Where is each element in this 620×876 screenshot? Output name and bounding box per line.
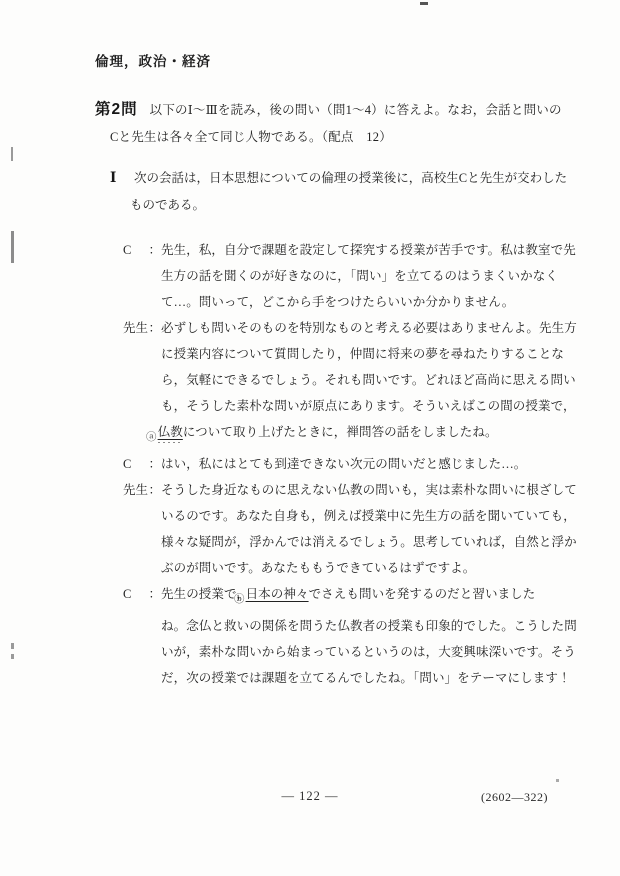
speaker-label: 先生： xyxy=(123,477,161,503)
dialog-line: に授業内容について質問したり，仲間に将来の夢を尋ねたりすることな xyxy=(123,341,581,367)
dialog-text: そうした身近なものに思えない仏教の問いも，実は素朴な問いに根ざして xyxy=(161,477,581,503)
question-intro-line-2: Cと先生は各々全て同じ人物である。（配点 12） xyxy=(110,124,580,151)
dialog-text: に授業内容について質問したり，仲間に将来の夢を尋ねたりすることな xyxy=(161,341,581,367)
speaker-colon: ： xyxy=(148,315,161,341)
subject-title: 倫理，政治・経済 xyxy=(95,50,211,70)
speaker-label-spacer xyxy=(123,503,161,529)
speaker-label-spacer xyxy=(123,289,161,315)
speaker-label-spacer xyxy=(123,555,161,581)
speaker-name: C xyxy=(123,237,131,263)
question-intro-line-1: 以下のⅠ～Ⅲを読み，後の問い（問1～4）に答えよ。なお，会話と問いの xyxy=(150,97,562,124)
scan-artifact xyxy=(11,654,14,659)
speaker-label-spacer xyxy=(123,639,161,665)
dialog: C：先生，私，自分で課題を設定して探究する授業が苦手です。私は教室で先生方の話を… xyxy=(123,237,581,691)
exam-page: 倫理，政治・経済 第2問 以下のⅠ～Ⅲを読み，後の問い（問1～4）に答えよ。なお… xyxy=(0,0,620,876)
dialog-line: ⓐ仏教について取り上げたときに，禅問答の話をしましたね。 xyxy=(123,419,581,451)
dialog-line: ら，気軽にできるでしょう。それも問いです。どれほど高尚に思える問い xyxy=(123,367,581,393)
dialog-text: 必ずしも問いそのものを特別なものと考える必要はありませんよ。先生方 xyxy=(161,315,581,341)
speaker-name: 先生 xyxy=(123,477,148,503)
dialog-text: 生方の話を聞くのが好きなのに，「問い」を立てるのはうまくいかなく xyxy=(161,263,581,289)
dialog-line: も，そうした素朴な問いが原点にあります。そういえばこの間の授業で， xyxy=(123,393,581,419)
speaker-label-spacer xyxy=(123,341,161,367)
dialog-text: 様々な疑問が，浮かんでは消えるでしょう。思考していれば，自然と浮か xyxy=(161,529,581,555)
speaker-label: C： xyxy=(123,237,161,263)
dialog-line: C：先生の授業で，ⓑ日本の神々でさえも問いを発するのだと習いました xyxy=(123,581,581,613)
speaker-colon: ： xyxy=(148,581,161,613)
dialog-line: ね。念仏と救いの関係を問うた仏教者の授業も印象的でした。こうした問 xyxy=(123,613,581,639)
speaker-label-spacer xyxy=(123,367,161,393)
speaker-label-spacer xyxy=(123,263,161,289)
circled-letter-marker: ⓐ xyxy=(146,432,157,443)
section-1: Ⅰ 次の会話は，日本思想についての倫理の授業後に，高校生Cと先生が交わした もの… xyxy=(110,164,580,219)
dialog-line: C：先生，私，自分で課題を設定して探究する授業が苦手です。私は教室で先 xyxy=(123,237,581,263)
section-label: Ⅰ xyxy=(110,164,134,191)
dialog-text: いるのです。あなた自身も，例えば授業中に先生方の話を聞いていても， xyxy=(161,503,581,529)
speaker-label-spacer xyxy=(123,529,161,555)
section-intro-line-2: ものである。 xyxy=(130,192,580,219)
dialog-text: 先生，私，自分で課題を設定して探究する授業が苦手です。私は教室で先 xyxy=(161,237,581,263)
speaker-name: C xyxy=(123,451,131,477)
scan-artifact xyxy=(11,643,14,649)
speaker-name: 先生 xyxy=(123,315,148,341)
dialog-line: 生方の話を聞くのが好きなのに，「問い」を立てるのはうまくいかなく xyxy=(123,263,581,289)
dialog-text: て…。問いって，どこから手をつけたらいいか分かりません。 xyxy=(161,289,581,315)
dialog-line: いが，素朴な問いから始まっているというのは，大変興味深いです。そう xyxy=(123,639,581,665)
section-intro-line-1: 次の会話は，日本思想についての倫理の授業後に，高校生Cと先生が交わした xyxy=(134,165,567,192)
circled-letter-marker: ⓑ xyxy=(234,594,245,605)
dialog-text: ぶのが問いです。あなたももうできているはずですよ。 xyxy=(161,555,581,581)
speaker-colon: ： xyxy=(148,451,161,477)
speaker-colon: ： xyxy=(148,237,161,263)
speaker-label-spacer xyxy=(123,613,161,639)
dialog-line: ぶのが問いです。あなたももうできているはずですよ。 xyxy=(123,555,581,581)
dialog-line: 先生：そうした身近なものに思えない仏教の問いも，実は素朴な問いに根ざして xyxy=(123,477,581,503)
underlined-term: 日本の神々 xyxy=(246,587,309,601)
scan-artifact xyxy=(420,2,428,5)
dialog-text: だ，次の授業では課題を立てるんでしたね。「問い」をテーマにします！ xyxy=(161,665,581,691)
dialog-text: ⓐ仏教について取り上げたときに，禅問答の話をしましたね。 xyxy=(161,419,581,451)
scan-artifact xyxy=(11,231,14,263)
question-heading: 第2問 以下のⅠ～Ⅲを読み，後の問い（問1～4）に答えよ。なお，会話と問いの C… xyxy=(95,96,580,151)
dialog-line: C：はい，私にはとても到達できない次元の問いだと感じました…。 xyxy=(123,451,581,477)
speaker-label-spacer xyxy=(123,393,161,419)
dialog-line: 様々な疑問が，浮かんでは消えるでしょう。思考していれば，自然と浮か xyxy=(123,529,581,555)
dialog-line: 先生：必ずしも問いそのものを特別なものと考える必要はありませんよ。先生方 xyxy=(123,315,581,341)
dialog-text: ら，気軽にできるでしょう。それも問いです。どれほど高尚に思える問い xyxy=(161,367,581,393)
speaker-label: C： xyxy=(123,581,161,613)
dialog-line: だ，次の授業では課題を立てるんでしたね。「問い」をテーマにします！ xyxy=(123,665,581,691)
speaker-label: C： xyxy=(123,451,161,477)
speaker-label: 先生： xyxy=(123,315,161,341)
speaker-name: C xyxy=(123,581,131,613)
dialog-text: ね。念仏と救いの関係を問うた仏教者の授業も印象的でした。こうした問 xyxy=(161,613,581,639)
dialog-text: はい，私にはとても到達できない次元の問いだと感じました…。 xyxy=(161,451,581,477)
doc-code: (2602—322) xyxy=(481,790,548,805)
scan-artifact xyxy=(11,147,13,161)
underlined-term: 仏教 xyxy=(158,425,183,443)
dialog-line: いるのです。あなた自身も，例えば授業中に先生方の話を聞いていても， xyxy=(123,503,581,529)
dialog-text: も，そうした素朴な問いが原点にあります。そういえばこの間の授業で， xyxy=(161,393,581,419)
dialog-text: 先生の授業で，ⓑ日本の神々でさえも問いを発するのだと習いました xyxy=(161,581,581,613)
question-number: 第2問 xyxy=(95,96,138,123)
dialog-text: いが，素朴な問いから始まっているというのは，大変興味深いです。そう xyxy=(161,639,581,665)
dialog-line: て…。問いって，どこから手をつけたらいいか分かりません。 xyxy=(123,289,581,315)
speaker-label-spacer xyxy=(123,665,161,691)
scan-artifact xyxy=(556,779,559,782)
speaker-colon: ： xyxy=(148,477,161,503)
